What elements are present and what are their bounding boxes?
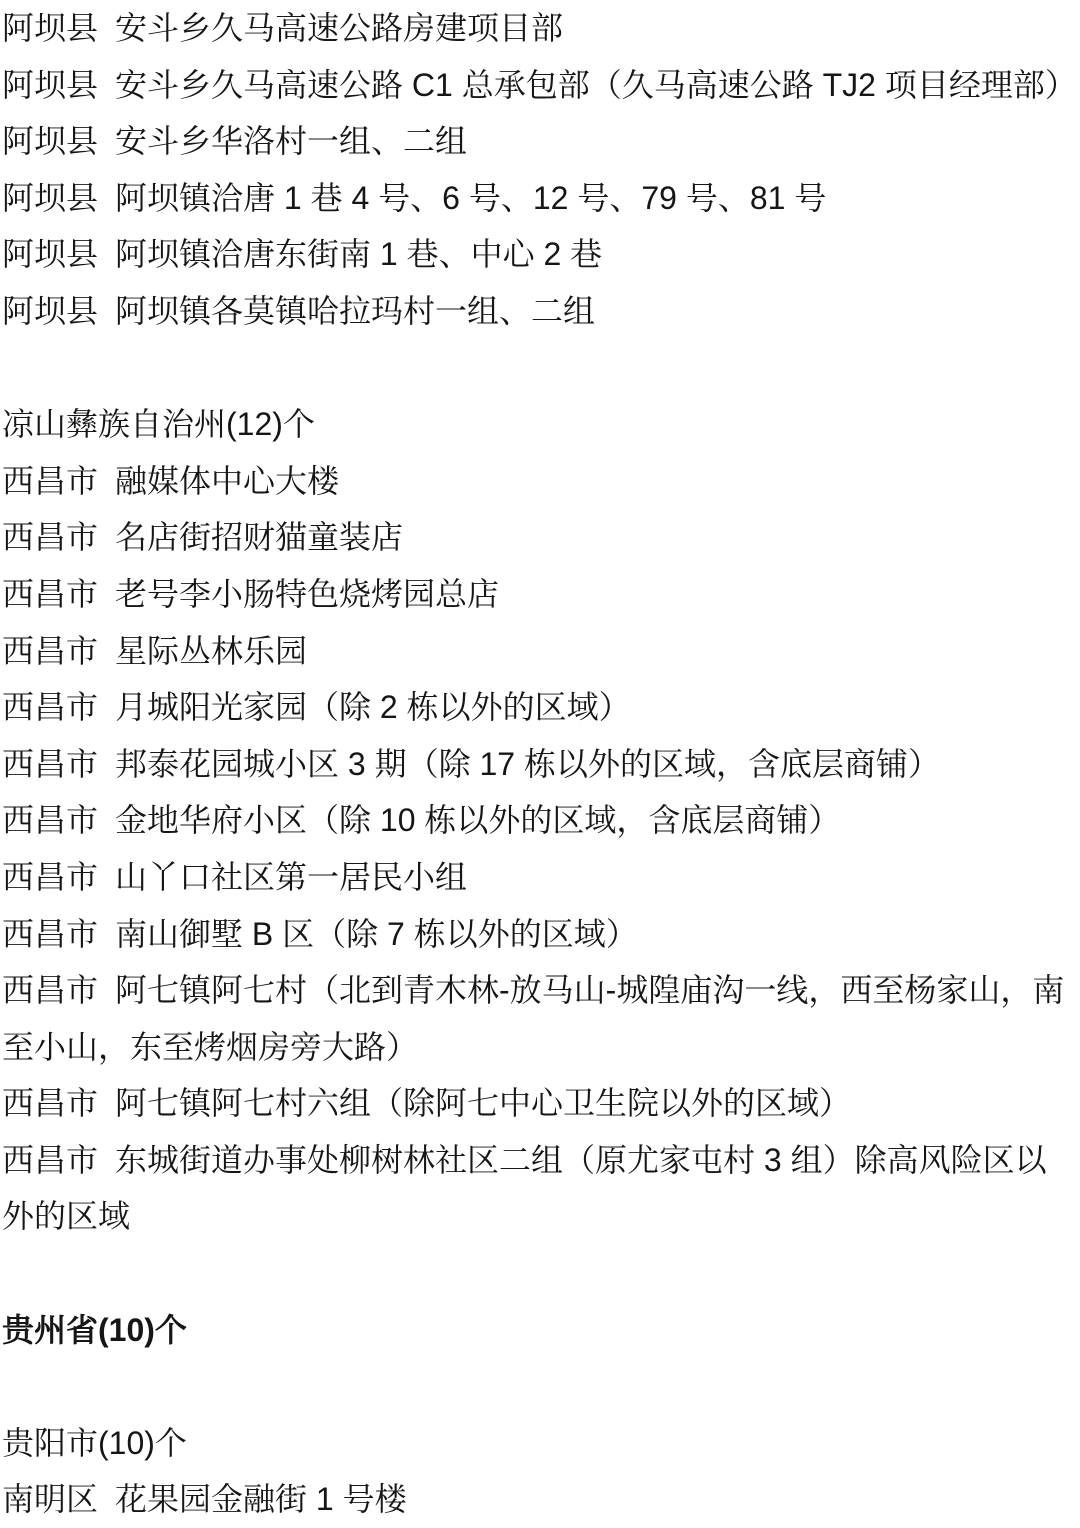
place-name: 邦泰花园城小区 3 期（除 17 栋以外的区域，含底层商铺）: [115, 746, 940, 782]
section-header-liangshan: 凉山彝族自治州(12)个: [2, 396, 1078, 453]
district-label: 阿坝县: [2, 67, 98, 103]
list-item: 阿坝县安斗乡华洛村一组、二组: [2, 113, 1078, 170]
list-item: 南明区花果园金融街 1 号楼: [2, 1471, 1078, 1528]
district-label: 西昌市: [2, 576, 98, 612]
place-name: 月城阳光家园（除 2 栋以外的区域）: [115, 689, 631, 725]
list-item: 西昌市融媒体中心大楼: [2, 453, 1078, 510]
district-label: 阿坝县: [2, 180, 98, 216]
list-item: 西昌市邦泰花园城小区 3 期（除 17 栋以外的区域，含底层商铺）: [2, 736, 1078, 793]
list-item: 西昌市星际丛林乐园: [2, 623, 1078, 680]
district-label: 西昌市: [2, 689, 98, 725]
blank-line: [2, 340, 1078, 397]
list-item: 西昌市南山御墅 B 区（除 7 栋以外的区域）: [2, 906, 1078, 963]
place-name: 山丫口社区第一居民小组: [115, 859, 467, 895]
place-name: 融媒体中心大楼: [115, 463, 339, 499]
place-name: 老号李小肠特色烧烤园总店: [115, 576, 499, 612]
list-item: 西昌市东城街道办事处柳树林社区二组（原尤家屯村 3 组）除高风险区以外的区域: [2, 1132, 1078, 1245]
place-name: 阿坝镇各莫镇哈拉玛村一组、二组: [115, 293, 595, 329]
place-name: 星际丛林乐园: [115, 633, 307, 669]
list-item: 西昌市阿七镇阿七村六组（除阿七中心卫生院以外的区域）: [2, 1075, 1078, 1132]
district-label: 西昌市: [2, 1085, 98, 1121]
place-name: 金地华府小区（除 10 栋以外的区域，含底层商铺）: [115, 802, 840, 838]
list-item: 阿坝县阿坝镇洽唐东街南 1 巷、中心 2 巷: [2, 226, 1078, 283]
district-label: 西昌市: [2, 916, 98, 952]
place-name: 安斗乡久马高速公路 C1 总承包部（久马高速公路 TJ2 项目经理部）: [115, 67, 1077, 103]
list-item: 西昌市山丫口社区第一居民小组: [2, 849, 1078, 906]
district-label: 西昌市: [2, 972, 98, 1008]
blank-line: [2, 1358, 1078, 1415]
list-item: 阿坝县阿坝镇洽唐 1 巷 4 号、6 号、12 号、79 号、81 号: [2, 170, 1078, 227]
list-item: 阿坝县安斗乡久马高速公路房建项目部: [2, 0, 1078, 57]
place-name: 东城街道办事处柳树林社区二组（原尤家屯村 3 组）除高风险区以外的区域: [2, 1142, 1047, 1235]
district-label: 西昌市: [2, 859, 98, 895]
place-name: 南山御墅 B 区（除 7 栋以外的区域）: [115, 916, 638, 952]
place-name: 花果园金融街 1 号楼: [115, 1481, 407, 1517]
list-item: 阿坝县阿坝镇各莫镇哈拉玛村一组、二组: [2, 283, 1078, 340]
district-label: 阿坝县: [2, 236, 98, 272]
district-label: 南明区: [2, 1481, 98, 1517]
district-label: 阿坝县: [2, 123, 98, 159]
section-header-guiyang: 贵阳市(10)个: [2, 1415, 1078, 1472]
risk-area-list-document: 阿坝县安斗乡久马高速公路房建项目部 阿坝县安斗乡久马高速公路 C1 总承包部（久…: [0, 0, 1080, 1528]
district-label: 西昌市: [2, 802, 98, 838]
section-header-guizhou: 贵州省(10)个: [2, 1302, 1078, 1359]
place-name: 阿七镇阿七村（北到青木林-放马山-城隍庙沟一线，西至杨家山，南至小山，东至烤烟房…: [2, 972, 1064, 1065]
list-item: 西昌市阿七镇阿七村（北到青木林-放马山-城隍庙沟一线，西至杨家山，南至小山，东至…: [2, 962, 1078, 1075]
blank-line: [2, 1245, 1078, 1302]
district-label: 西昌市: [2, 463, 98, 499]
place-name: 安斗乡久马高速公路房建项目部: [115, 10, 563, 46]
district-label: 西昌市: [2, 746, 98, 782]
place-name: 名店街招财猫童装店: [115, 519, 403, 555]
list-item: 阿坝县安斗乡久马高速公路 C1 总承包部（久马高速公路 TJ2 项目经理部）: [2, 57, 1078, 114]
place-name: 阿坝镇洽唐东街南 1 巷、中心 2 巷: [115, 236, 602, 272]
list-item: 西昌市月城阳光家园（除 2 栋以外的区域）: [2, 679, 1078, 736]
district-label: 西昌市: [2, 633, 98, 669]
district-label: 阿坝县: [2, 10, 98, 46]
list-item: 西昌市名店街招财猫童装店: [2, 509, 1078, 566]
place-name: 阿坝镇洽唐 1 巷 4 号、6 号、12 号、79 号、81 号: [115, 180, 826, 216]
list-item: 西昌市金地华府小区（除 10 栋以外的区域，含底层商铺）: [2, 792, 1078, 849]
place-name: 阿七镇阿七村六组（除阿七中心卫生院以外的区域）: [115, 1085, 851, 1121]
district-label: 阿坝县: [2, 293, 98, 329]
district-label: 西昌市: [2, 519, 98, 555]
district-label: 西昌市: [2, 1142, 98, 1178]
list-item: 西昌市老号李小肠特色烧烤园总店: [2, 566, 1078, 623]
place-name: 安斗乡华洛村一组、二组: [115, 123, 467, 159]
